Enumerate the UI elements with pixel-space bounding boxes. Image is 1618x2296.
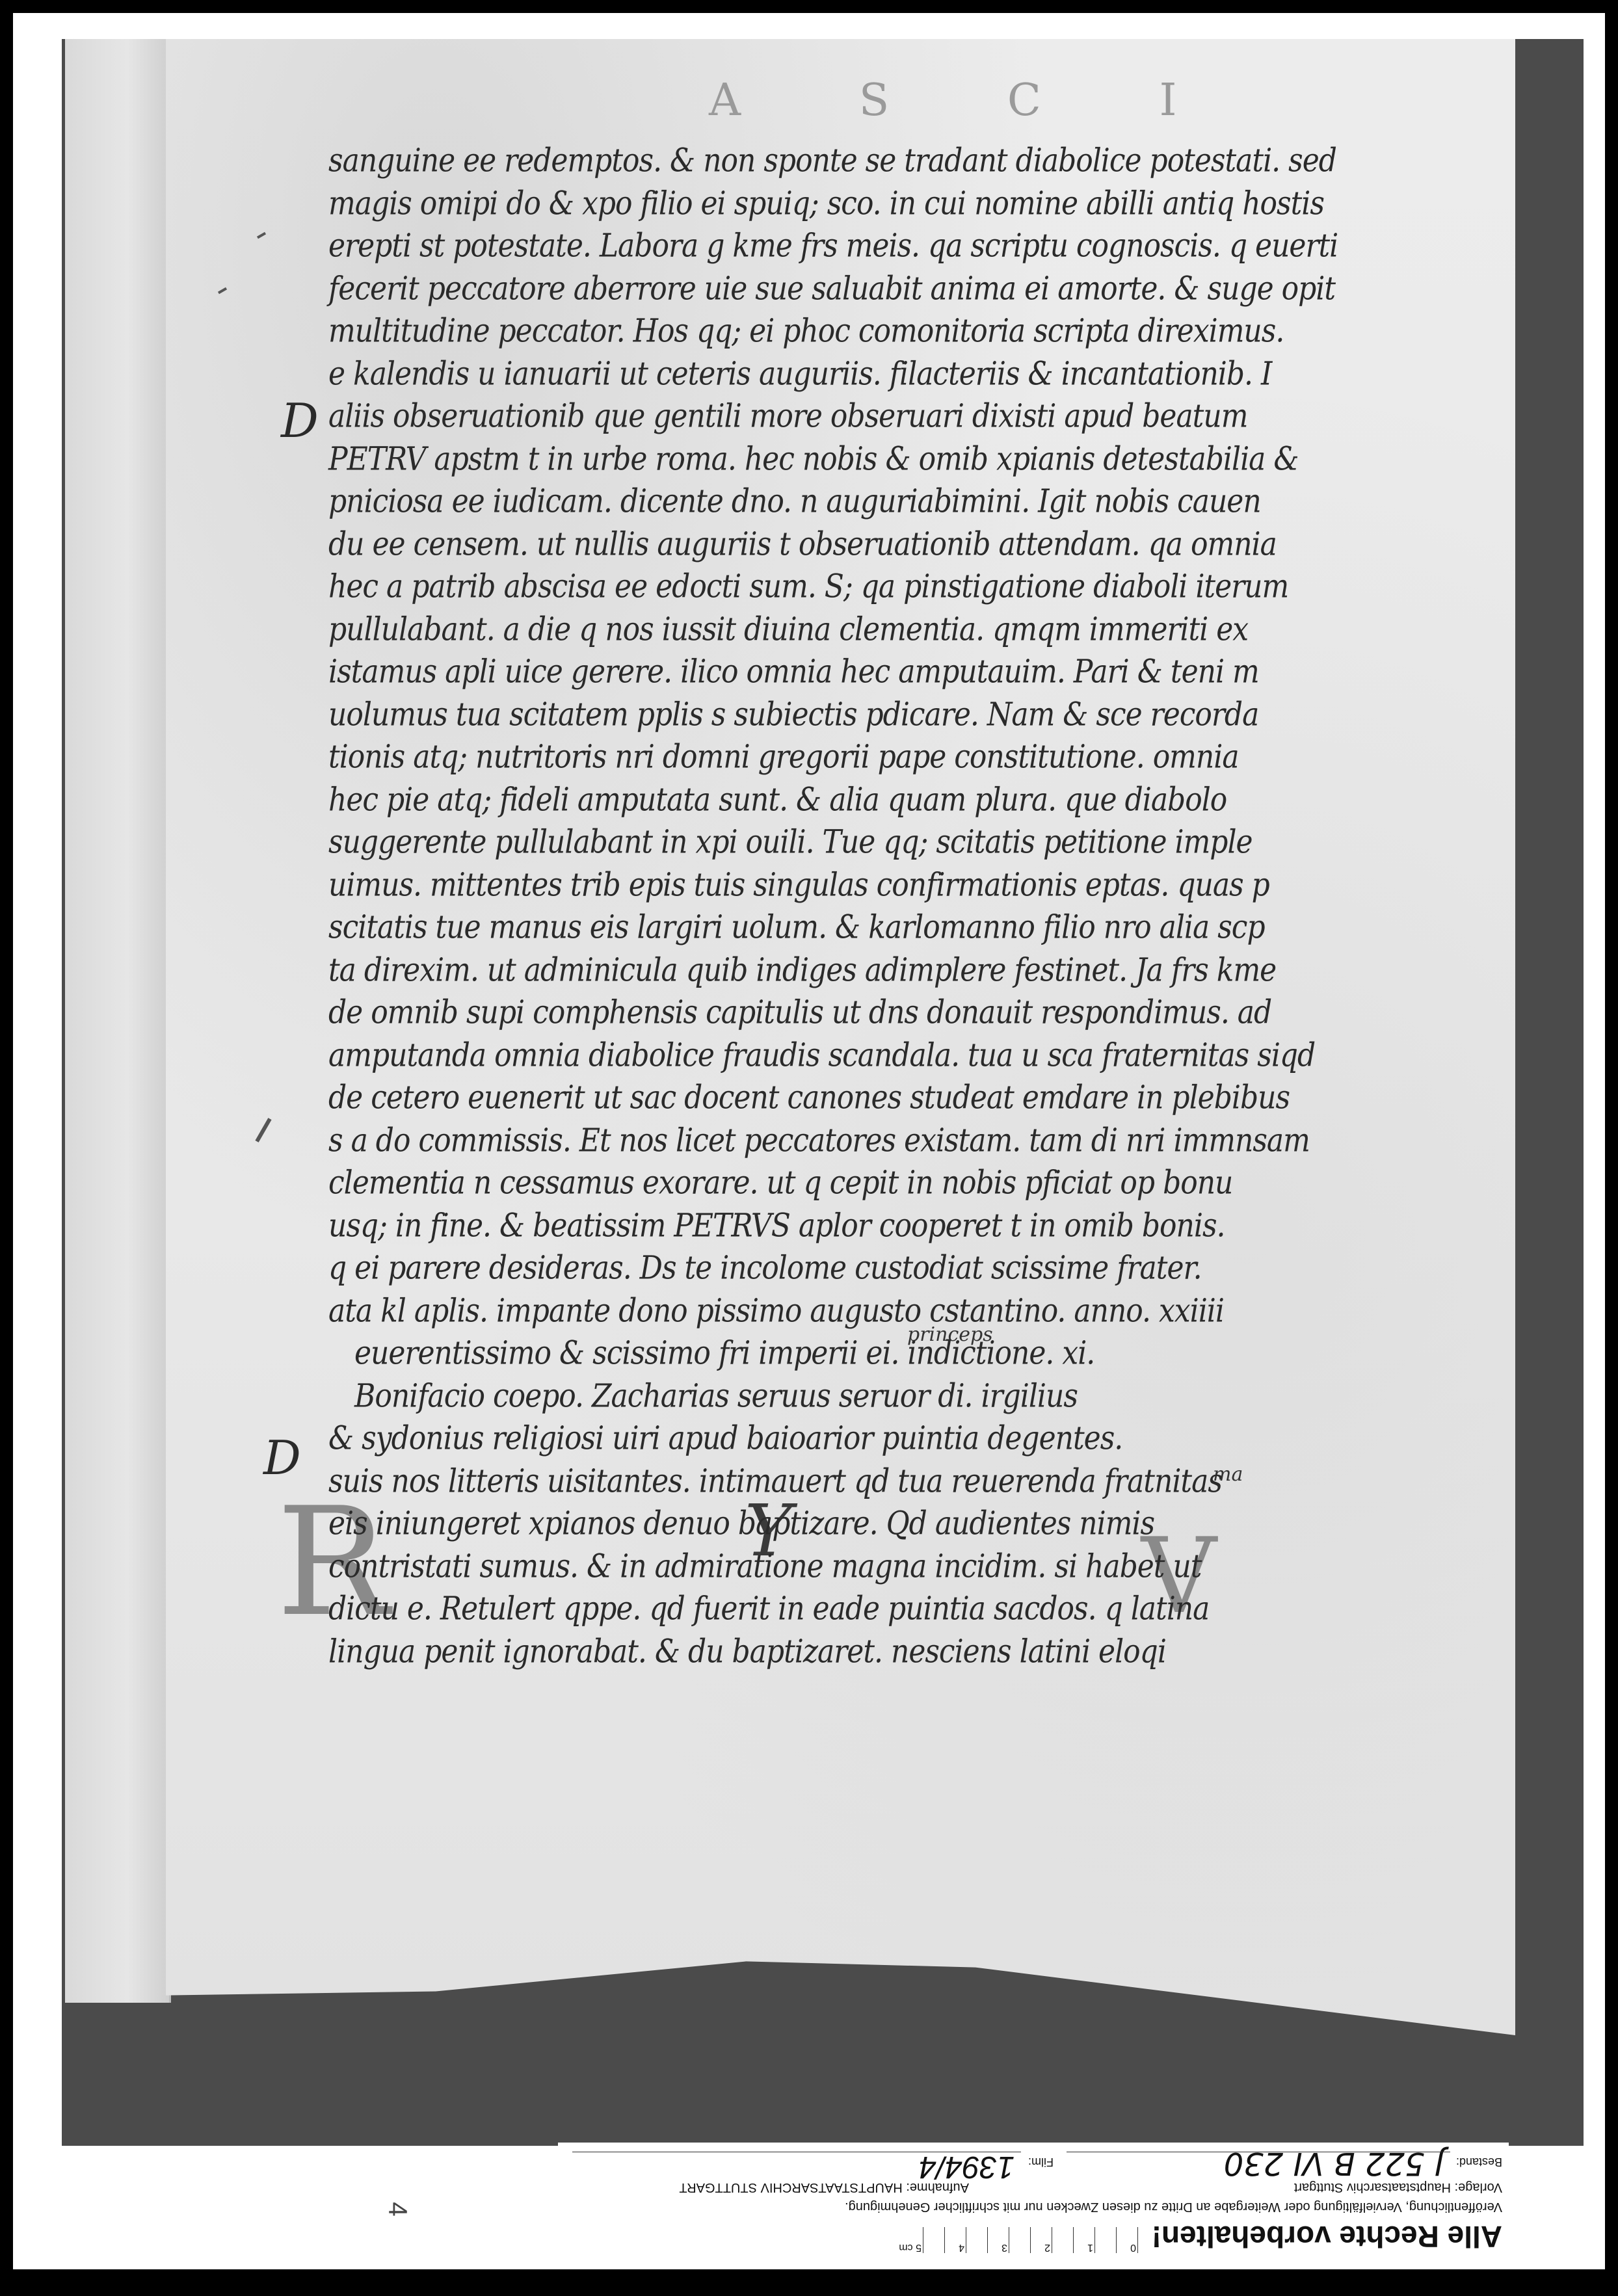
text-line: multitudine peccator. Hos qq; ei phoc co… [328, 308, 1421, 355]
ruler-tick [1009, 2227, 1031, 2253]
text-line: lingua penit ignorabat. & du baptizaret.… [328, 1628, 1421, 1676]
film-value: 1394/4 [919, 2149, 1015, 2185]
text-line: hec a patrib abscisa ee edocti sum. S; q… [328, 563, 1421, 611]
running-head: A S C I [709, 75, 1228, 126]
text-line: pullulabant. a die q nos iussit diuina c… [328, 606, 1421, 653]
folio-number: 4 [383, 2202, 412, 2216]
text-line: s a do commissis. Et nos licet peccatore… [328, 1117, 1421, 1165]
manuscript-text: sanguine ee redemptos. & non sponte se t… [328, 140, 1421, 1673]
underlying-leaf [65, 39, 171, 2003]
text-line: uimus. mittentes trib epis tuis singulas… [328, 862, 1421, 909]
text-line: amputanda omnia diabolice fraudis scanda… [328, 1032, 1421, 1079]
ruler-tick: 1 [1074, 2227, 1095, 2253]
text-line: & sydonius religiosi uiri apud baioarior… [328, 1415, 1421, 1462]
rights-notice-title: Alle Rechte vorbehalten! [1152, 2219, 1502, 2254]
text-line: PETRV apstm t in urbe roma. hec nobis & … [328, 436, 1421, 483]
film-underline [572, 2152, 1021, 2152]
text-line: de omnib supi comphensis capitulis ut dn… [328, 989, 1421, 1036]
ruler-tick: 5 cm [889, 2227, 923, 2253]
reproduction-notice: Veröffentlichung, Vervielfältigung oder … [845, 2199, 1502, 2214]
ruler-tick [923, 2227, 945, 2253]
bestand-label: Bestand: [1456, 2155, 1502, 2169]
text-line: usq; in fine. & beatissim PETRVS aplor c… [328, 1202, 1421, 1250]
text-line: suis nos litteris uisitantes. intimauert… [328, 1458, 1421, 1505]
source-archive: Vorlage: Hauptstaatsarchiv Stuttgart [1294, 2180, 1502, 2195]
text-line: erepti st potestate. Labora g kme frs me… [328, 222, 1421, 270]
text-line: pniciosa ee iudicam. dicente dno. n augu… [328, 478, 1421, 525]
ruler-tick: 0 [1117, 2227, 1138, 2253]
text-line: dictu e. Retulert qppe. qd fuerit in ead… [328, 1585, 1421, 1633]
text-line: euerentissimo & scissimo fri imperii ei.… [328, 1330, 1421, 1377]
text-line: scitatis tue manus eis largiri uolum. & … [328, 904, 1421, 951]
ruler-tick: 4 [945, 2227, 966, 2253]
ruler-tick: 3 [988, 2227, 1009, 2253]
text-line: tionis atq; nutritoris nri domni gregori… [328, 733, 1421, 781]
text-line: aliis obseruationib que gentili more obs… [328, 393, 1421, 440]
text-line: contristati sumus. & in admiratione magn… [328, 1543, 1421, 1590]
archive-label-card: Alle Rechte vorbehalten! 0 1 2 3 4 5 cm … [558, 2143, 1509, 2260]
bestand-underline [1067, 2152, 1450, 2152]
text-line: fecerit peccatore aberrore uie sue salua… [328, 265, 1421, 313]
text-line: eis iniungeret xpianos denuo baptizare. … [328, 1500, 1421, 1548]
text-line: suggerente pullulabant in xpi ouili. Tue… [328, 819, 1421, 866]
right-edge-backdrop [1515, 39, 1584, 2146]
ruler-tick [966, 2227, 988, 2253]
text-line: clementia n cessamus exorare. ut q cepit… [328, 1159, 1421, 1207]
text-line: sanguine ee redemptos. & non sponte se t… [328, 137, 1421, 185]
ruler-tick: 2 [1031, 2227, 1052, 2253]
text-line: istamus apli uice gerere. ilico omnia he… [328, 648, 1421, 696]
text-line: hec pie atq; fideli amputata sunt. & ali… [328, 776, 1421, 824]
text-line: de cetero euenerit ut sac docent canones… [328, 1074, 1421, 1122]
ruler-tick [1095, 2227, 1117, 2253]
initial-d-de-kalendis: D [281, 393, 319, 448]
text-line: du ee censem. ut nullis auguriis t obser… [328, 521, 1421, 568]
blank-card [13, 2165, 439, 2256]
film-label: Film: [1028, 2155, 1054, 2169]
text-line: magis omipi do & xpo filio ei spuiq; sco… [328, 180, 1421, 228]
text-line: q ei parere desideras. Ds te incolome cu… [328, 1245, 1421, 1292]
text-line: e kalendis u ianuarii ut ceteris augurii… [328, 350, 1421, 398]
text-line: ata kl aplis. impante dono pissimo augus… [328, 1287, 1421, 1335]
text-line: ta direxim. ut adminicula quib indiges a… [328, 947, 1421, 994]
text-line: uolumus tua scitatem pplis s subiectis p… [328, 691, 1421, 739]
ruler-tick [1052, 2227, 1074, 2253]
bestand-value: J 522 B VI 230 [1224, 2145, 1444, 2182]
text-line: Bonifacio coepo. Zacharias seruus seruor… [328, 1373, 1421, 1420]
scale-ruler: 0 1 2 3 4 5 cm [889, 2217, 1138, 2253]
